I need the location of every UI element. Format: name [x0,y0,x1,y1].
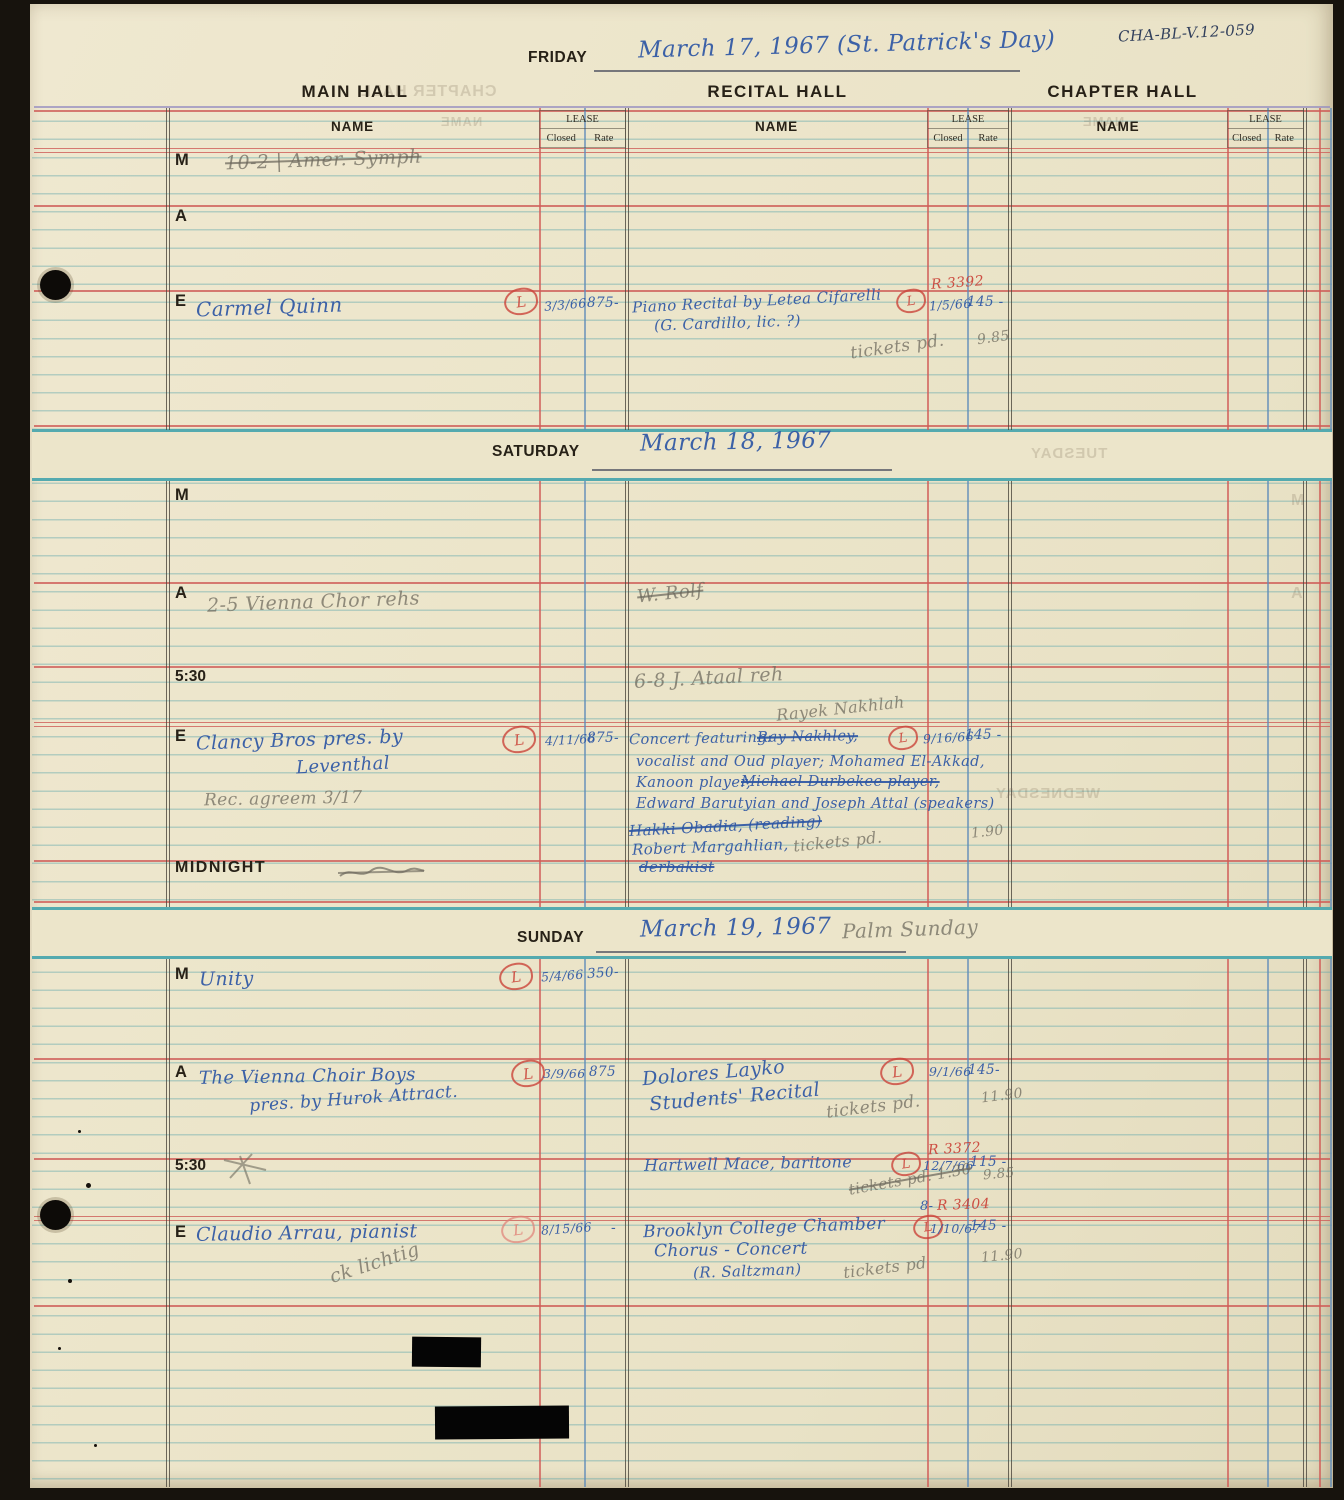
friday-e-recital-rate: 145 - [967,294,1004,310]
sunday-e-main-name: Claudio Arrau, pianist [196,1220,418,1246]
day-title-saturday: SATURDAY [492,443,580,461]
friday-e-main-rate: 875- [587,295,619,311]
hrule [34,1058,1330,1060]
sunday-e-recital-name-line2: Chorus - Concert [654,1239,808,1262]
hrule [34,726,1330,728]
vrule [1008,959,1012,1487]
saturday-e-main-rate: 875- [587,730,619,746]
vrule [1008,108,1012,430]
vrule [166,108,170,430]
hrule [34,722,1330,724]
redaction-box [412,1337,481,1368]
hrule [34,205,1330,207]
vrule [584,108,586,430]
vrule [1319,959,1321,1487]
midnight-cancelled-scribble [336,858,428,884]
vrule [1319,108,1321,430]
punch-hole-bottom [40,1200,71,1230]
vrule [584,481,586,907]
vrule [1227,959,1229,1487]
vrule [1267,108,1269,430]
date-rule-saturday [592,469,892,471]
saturday-e-recital-line2: vocalist and Oud player; Mohamed El-Akka… [636,754,985,770]
saturday-e-recital-line3: Kanoon player, [636,775,751,791]
friday-e-recital-closed-date: 1/5/66 [929,296,973,314]
saturday-e-recital-line1-cancelled: Ray Nakhley, [757,728,858,746]
sunday-530-receipt-number-2: R 3404 [937,1196,991,1214]
time-label-530: 5:30 [175,1157,206,1175]
sunday-a-main-name-line1: The Vienna Choir Boys [199,1064,416,1089]
saturday-e-recital-line3-cancelled: Michael Durbekee player, [741,774,940,790]
vrule [1227,108,1229,430]
sunday-m-main-closed-date: 5/4/66 [541,967,585,985]
time-label-m: M [175,965,189,984]
lease-label: LEASE [928,111,1008,129]
ink-speck [94,1444,97,1447]
sunday-a-recital-rate: 145- [968,1062,1000,1078]
sunday-530-receipt-prefix: 8- [920,1199,933,1214]
time-label-a: A [175,1063,187,1082]
sunday-e-main-rate: - [611,1220,616,1236]
lease-label: LEASE [540,111,625,129]
time-label-a: A [175,584,187,603]
redaction-box [435,1406,569,1440]
showthrough-text: TUESDAY [1030,445,1107,462]
lease-closed-label: Closed [928,129,968,148]
friday-e-main-name: Carmel Quinn [196,292,343,321]
showthrough-text: M [1290,492,1304,510]
vrule [1330,959,1332,1487]
hrule [34,1216,1330,1218]
sunday-530-recital-tickets-amount: 9.85 [982,1165,1015,1184]
ink-speck [68,1279,72,1283]
sunday-a-main-closed-date: 3/9/66 [543,1066,586,1081]
saturday-e-recital-line1: Concert featuring: [629,730,773,748]
column-header-name-main: NAME [170,119,535,134]
vrule [927,108,929,430]
ink-speck [58,1347,61,1350]
vrule [166,959,170,1487]
time-label-m: M [175,486,189,505]
lease-rate-label: Rate [1266,129,1304,148]
vrule [1303,959,1307,1487]
date-rule-sunday [596,951,906,953]
hrule [34,148,1330,150]
time-label-e: E [175,727,186,746]
day-title-sunday: SUNDAY [517,929,584,947]
ink-speck [78,1130,81,1133]
vrule [1319,481,1321,907]
sunday-m-main-name: Unity [199,968,254,991]
vrule [1303,481,1307,907]
hrule [34,106,1330,108]
showthrough-text: A [1290,585,1303,603]
column-header-name-chapter: NAME [1012,119,1224,134]
vrule [625,108,629,430]
sunday-e-recital-rate: 145 - [970,1218,1007,1234]
date-rule-friday [594,70,1020,72]
punch-hole-top [40,270,71,300]
saturday-e-recital-rate: 145 - [965,727,1002,743]
date-note-palm-sunday: Palm Sunday [842,915,979,944]
lease-closed-label: Closed [540,129,583,148]
sunday-m-main-rate: 350- [586,964,619,982]
vrule [1008,481,1012,907]
lease-closed-label: Closed [1228,129,1266,148]
saturday-e-recital-line4: Edward Barutyian and Joseph Attal (speak… [636,796,995,812]
lease-rate-label: Rate [583,129,626,148]
sunday-530-main-cancelled-mark [220,1148,272,1190]
time-label-530: 5:30 [175,668,206,686]
vrule [1227,481,1229,907]
vrule [1267,481,1269,907]
lease-label: LEASE [1228,111,1303,129]
vrule [625,481,629,907]
saturday-e-recital-line7-cancelled: derbakist [639,858,714,876]
hall-title-chapter: CHAPTER HALL [1010,82,1235,102]
time-label-midnight: MIDNIGHT [175,859,266,877]
saturday-e-recital-tickets-amount: 1.90 [970,822,1004,841]
day-title-friday: FRIDAY [528,49,587,67]
lease-header-recital: LEASE Closed Rate [927,110,1009,148]
sunday-a-recital-closed-date: 9/1/66 [929,1064,972,1079]
hrule [34,1305,1330,1307]
showthrough-text: WEDNESDAY [995,785,1100,802]
vrule [1303,108,1307,430]
time-label-e: E [175,1223,186,1242]
sunday-a-main-rate: 875 [589,1064,616,1080]
lease-rate-label: Rate [968,129,1008,148]
vrule [1330,108,1332,430]
lease-header-main: LEASE Closed Rate [539,110,626,148]
time-label-a: A [175,207,187,226]
vrule [967,481,969,907]
vrule [1330,481,1332,907]
vrule [166,481,170,907]
hrule [34,425,1330,427]
sunday-e-recital-name-line3: (R. Saltzman) [693,1260,802,1282]
date-inscription-sunday: March 19, 1967 [640,913,832,942]
vrule [967,108,969,430]
vrule [1267,959,1269,1487]
time-label-e: E [175,292,186,311]
hrule [34,110,1330,112]
ledger-page: CHAPTER HALL NAME NAME TUESDAY WEDNESDAY… [0,0,1344,1500]
hall-title-main: MAIN HALL [170,82,540,102]
date-inscription-saturday: March 18, 1967 [640,427,832,456]
lease-header-chapter: LEASE Closed Rate [1227,110,1304,148]
ink-speck [86,1183,91,1188]
column-header-name-recital: NAME [629,119,924,134]
hrule [34,901,1330,903]
hall-title-recital: RECITAL HALL [629,82,926,102]
hrule [34,290,1330,292]
sunday-530-recital-name: Hartwell Mace, baritone [644,1152,852,1175]
vrule [539,481,541,907]
saturday-e-main-agreement-note: Rec. agreem 3/17 [204,788,363,811]
vrule [927,481,929,907]
vrule [539,108,541,430]
vrule [625,959,629,1487]
time-label-m: M [175,151,189,170]
